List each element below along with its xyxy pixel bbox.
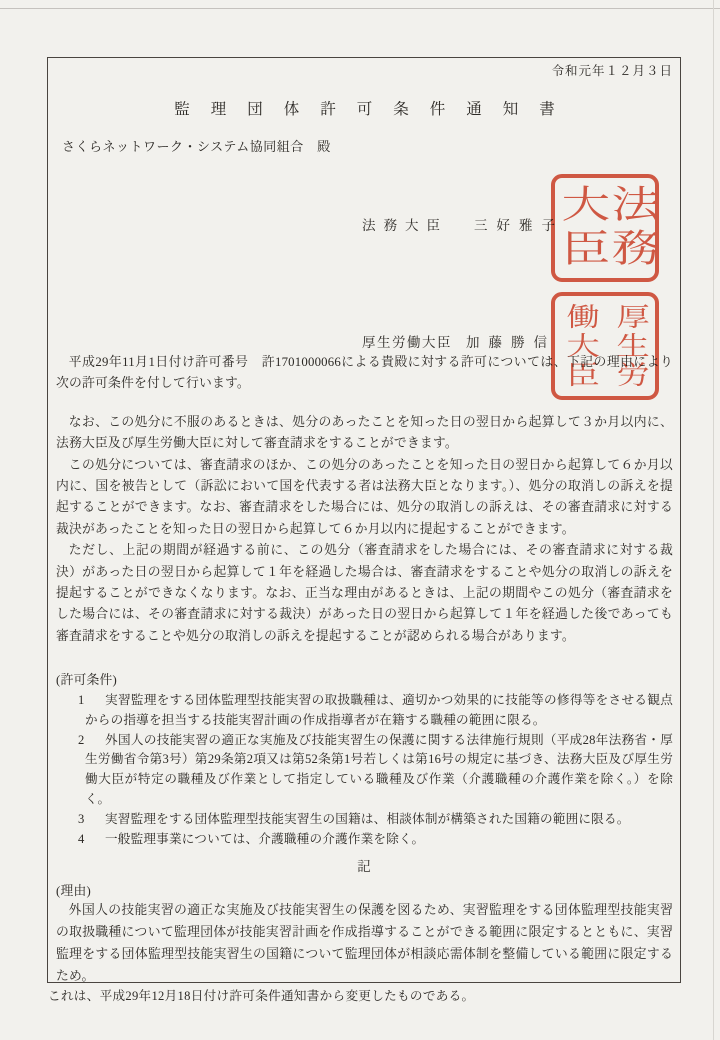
amendment-footnote: これは、平成29年12月18日付け許可条件通知書から変更したものである。 bbox=[48, 988, 688, 1004]
appeal-notice-block: なお、この処分に不服のあるときは、処分のあったことを知った日の翌日から起算して３… bbox=[56, 412, 673, 647]
reason-heading: (理由) bbox=[56, 882, 673, 900]
condition-number: 4 bbox=[78, 830, 105, 850]
condition-number: 3 bbox=[78, 810, 105, 830]
justice-minister-seal-stamp: 法務 大臣 bbox=[551, 174, 659, 282]
condition-item: 3実習監理をする団体監理型技能実習生の国籍は、相談体制が構築された国籍の範囲に限… bbox=[56, 810, 673, 830]
document-date: 令和元年１２月３日 bbox=[56, 63, 673, 80]
page-edge-shadow bbox=[713, 0, 714, 1040]
condition-item: 1実習監理をする団体監理型技能実習の取扱職種は、適切かつ効果的に技能等の修得等を… bbox=[56, 691, 673, 731]
conditions-list: 1実習監理をする団体監理型技能実習の取扱職種は、適切かつ効果的に技能等の修得等を… bbox=[56, 691, 673, 849]
seal-column-left: 働大臣 bbox=[563, 303, 596, 390]
scanned-document-page: 令和元年１２月３日 監理団体許可条件通知書 さくらネットワーク・システム協同組合… bbox=[0, 0, 720, 1040]
condition-text: 一般監理事業については、介護職種の介護作業を除く。 bbox=[105, 832, 424, 846]
office-label-justice: 法務大臣 bbox=[362, 218, 448, 233]
document-title: 監理団体許可条件通知書 bbox=[56, 100, 673, 120]
condition-text: 実習監理をする団体監理型技能実習の取扱職種は、適切かつ効果的に技能等の修得等をさ… bbox=[85, 693, 673, 727]
addressee-line: さくらネットワーク・システム協同組合 殿 bbox=[62, 138, 673, 155]
condition-item: 4一般監理事業については、介護職種の介護作業を除く。 bbox=[56, 830, 673, 850]
signer-name-health: 加藤勝信 bbox=[466, 335, 556, 350]
seal-column-right: 法務 bbox=[606, 184, 655, 272]
condition-text: 外国人の技能実習の適正な実施及び技能実習生の保護に関する法律施行規則（平成28年… bbox=[85, 733, 673, 806]
condition-item: 2外国人の技能実習の適正な実施及び技能実習生の保護に関する法律施行規則（平成28… bbox=[56, 731, 673, 810]
seal-column-left: 大臣 bbox=[556, 184, 605, 272]
office-label-health: 厚生労働大臣 bbox=[362, 335, 452, 350]
condition-number: 2 bbox=[78, 731, 105, 751]
appeal-paragraph: ただし、上記の期間が経過する前に、この処分（審査請求をした場合には、その審査請求… bbox=[56, 540, 673, 647]
seal-column-right: 厚生労 bbox=[613, 303, 646, 390]
condition-text: 実習監理をする団体監理型技能実習生の国籍は、相談体制が構築された国籍の範囲に限る… bbox=[105, 812, 630, 826]
reason-text: 外国人の技能実習の適正な実施及び技能実習生の保護を図るため、実習監理をする団体監… bbox=[56, 900, 673, 987]
ki-record-marker: 記 bbox=[56, 857, 673, 876]
health-labour-minister-seal-stamp: 厚生労 働大臣 bbox=[551, 292, 659, 400]
appeal-paragraph: なお、この処分に不服のあるときは、処分のあったことを知った日の翌日から起算して３… bbox=[56, 412, 673, 455]
condition-number: 1 bbox=[78, 691, 105, 711]
scan-artifact-line bbox=[0, 8, 720, 9]
appeal-paragraph: この処分については、審査請求のほか、この処分のあったことを知った日の翌日から起算… bbox=[56, 455, 673, 541]
conditions-heading: (許可条件) bbox=[56, 671, 673, 691]
